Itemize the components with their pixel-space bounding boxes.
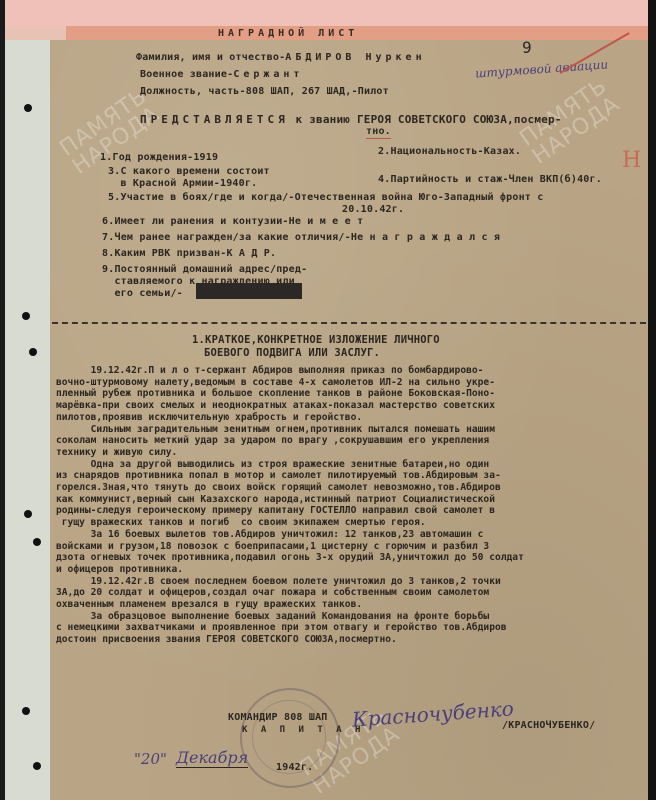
item-nationality: 2.Национальность-Казах. xyxy=(378,146,521,158)
position-field: Должность, часть-808 ШАП, 267 ШАД,-Пилот xyxy=(140,86,389,98)
citation-line: гущу вражеских танков и погиб со своим э… xyxy=(56,517,642,529)
nomination-line: ПРЕДСТАВЛЯЕТСЯ к званию ГЕРОЯ СОВЕТСКОГО… xyxy=(140,114,562,126)
punch-hole xyxy=(24,104,32,112)
left-edge xyxy=(0,0,5,800)
punch-hole xyxy=(29,348,37,356)
left-margin xyxy=(5,40,51,800)
item-party: 4.Партийность и стаж-Член ВКП(б)40г. xyxy=(378,174,602,186)
date-day: "20" xyxy=(134,750,167,768)
punch-hole xyxy=(33,538,41,546)
item-conscription: 8.Каким РВК призван-К А Д Р. xyxy=(102,248,276,260)
citation-line: дзота огневых точек противника,подавил о… xyxy=(56,552,642,564)
citation-line: пленный рубеж противника и большое скопл… xyxy=(56,388,642,400)
citation-line: Сильным заградительным зенитным огнем,пр… xyxy=(56,424,642,436)
commander-name: /КРАСНОЧУБЕНКО/ xyxy=(502,720,595,732)
section-heading-line2: БОЕВОГО ПОДВИГА ИЛИ ЗАСЛУГ. xyxy=(204,347,380,359)
citation-line: 19.12.42г.П и л о т-сержант Абдиров выпо… xyxy=(56,365,642,377)
section-divider xyxy=(52,322,646,328)
citation-line: и офицеров противника. xyxy=(56,564,642,576)
citation-line: родины-следуя героическому примеру капит… xyxy=(56,505,642,517)
section-heading-line1: 1.КРАТКОЕ,КОНКРЕТНОЕ ИЗЛОЖЕНИЕ ЛИЧНОГО xyxy=(192,334,440,346)
margin-mark: Н xyxy=(622,148,641,173)
date-year: 1942г. xyxy=(276,762,313,774)
citation-line: горелся.Зная,что тянуть до своих войск г… xyxy=(56,482,642,494)
citation-line: За 16 боевых вылетов тов.Абдиров уничтож… xyxy=(56,529,642,541)
item-birth-year: 1.Год рождения-1919 xyxy=(100,152,218,164)
commander-rank: К А П И Т А Н xyxy=(242,724,364,736)
page-number: 9 xyxy=(522,40,532,56)
punch-hole xyxy=(22,312,30,320)
document-frame: ПАМЯТЬНАРОДА ПАМЯТЬНАРОДА ПАМЯТЬНАРОДА Н… xyxy=(0,0,656,800)
item-battles-date: 20.10.42г. xyxy=(342,204,404,216)
citation-body: 19.12.42г.П и л о т-сержант Абдиров выпо… xyxy=(56,365,642,646)
punch-hole xyxy=(33,762,41,770)
item-wounds: 6.Имеет ли ранения и контузии-Не и м е е… xyxy=(102,216,363,228)
rank-field: Военное звание-Сержант xyxy=(140,69,303,81)
citation-line: вочно-штурмовому налету,ведомым в состав… xyxy=(56,377,642,389)
item-army-since: 3.С какого времени состоит в Красной Арм… xyxy=(108,166,270,190)
punch-hole xyxy=(24,510,32,518)
citation-line: достоин присвоения звания ГЕРОЯ СОВЕТСКО… xyxy=(56,634,642,646)
citation-line: соколам наносить меткий удар за ударом п… xyxy=(56,435,642,447)
citation-line: пилотов,проявив исключительную храбрость… xyxy=(56,412,642,424)
document-title: НАГРАДНОЙ ЛИСТ xyxy=(218,28,358,40)
citation-line: марёвка-при своих смелых и неоднократных… xyxy=(56,400,642,412)
nomination-continuation: тно. xyxy=(366,126,391,139)
citation-line: ЗА,до 20 солдат и офицеров,создал очаг п… xyxy=(56,587,642,599)
item-battles: 5.Участие в боях/где и когда/-Отечествен… xyxy=(108,192,543,204)
citation-line: За образцовое выполнение боевых заданий … xyxy=(56,611,642,623)
citation-line: войсками и грузом,18 повозок с боеприпас… xyxy=(56,541,642,553)
citation-line: Одна за другой выводились из строя враже… xyxy=(56,459,642,471)
commander-title: КОМАНДИР 808 ШАП xyxy=(228,712,328,724)
citation-line: как коммунист,верный сын Казахского наро… xyxy=(56,494,642,506)
right-edge xyxy=(648,0,656,800)
date-month: Декабря xyxy=(176,748,248,768)
top-band xyxy=(5,0,648,28)
redacted-address xyxy=(196,283,302,299)
item-awards: 7.Чем ранее награжден/за какие отличия/-… xyxy=(102,232,500,244)
citation-line: технику и живую силу. xyxy=(56,447,642,459)
citation-line: 19.12.42г.В своем последнем боевом полет… xyxy=(56,576,642,588)
citation-line: из снарядов противника попал в мотор и с… xyxy=(56,470,642,482)
citation-line: с немецкими захватчиками и проявленное п… xyxy=(56,622,642,634)
name-field: Фамилия, имя и отчество-АБДИРОВ Нуркен xyxy=(136,52,426,64)
citation-line: охваченным пламенем врезался в гущу враж… xyxy=(56,599,642,611)
punch-hole xyxy=(22,707,30,715)
